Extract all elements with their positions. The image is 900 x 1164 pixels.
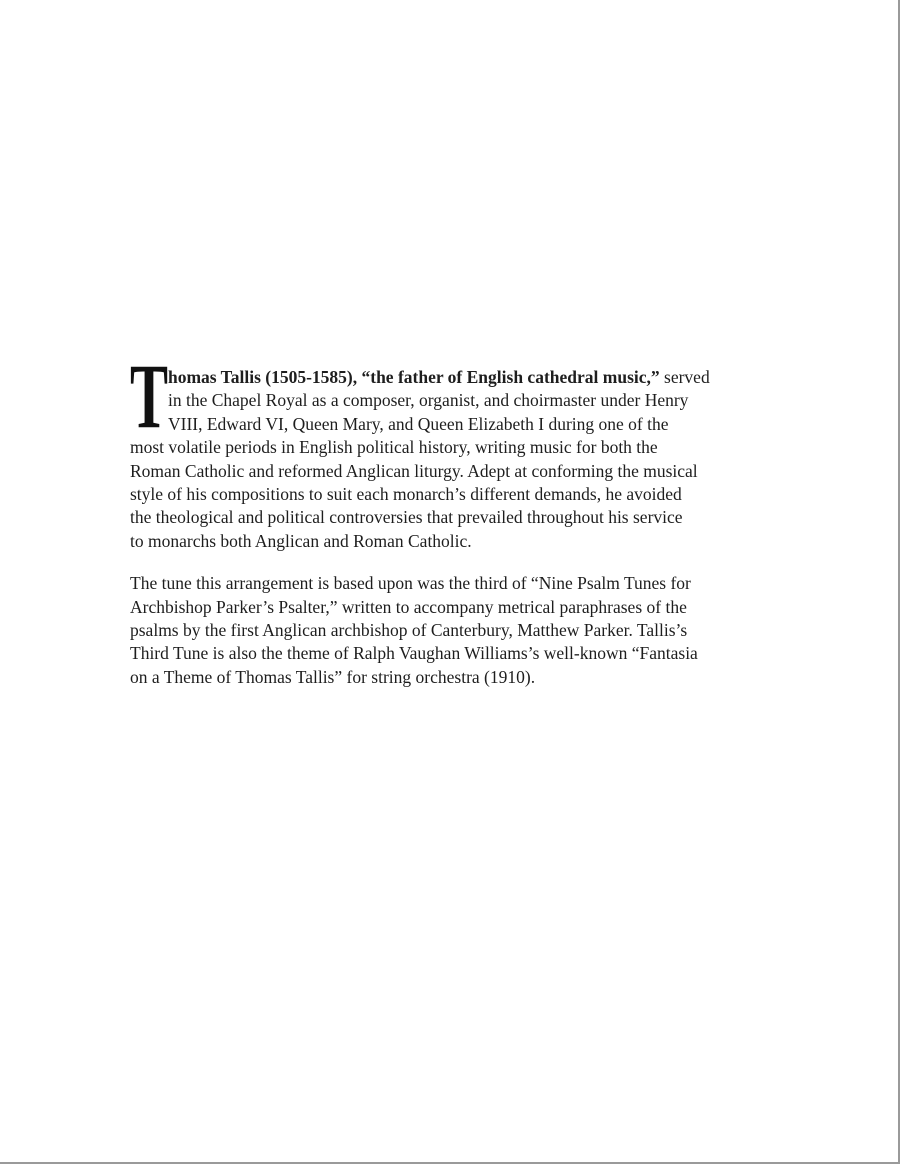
paragraph-tallis-biography: Thomas Tallis (1505-1585), “the father o… <box>130 366 810 553</box>
preface-text-block: Thomas Tallis (1505-1585), “the father o… <box>130 366 810 689</box>
drop-cap: T <box>130 369 160 432</box>
drop-cap-letter: T <box>130 350 168 442</box>
bold-lead-in: homas Tallis (1505-1585), “the father of… <box>168 367 660 387</box>
paragraph-one-body: served in the Chapel Royal as a composer… <box>130 367 710 551</box>
document-page: Thomas Tallis (1505-1585), “the father o… <box>0 0 900 1164</box>
paragraph-tune-history: The tune this arrangement is based upon … <box>130 572 810 689</box>
